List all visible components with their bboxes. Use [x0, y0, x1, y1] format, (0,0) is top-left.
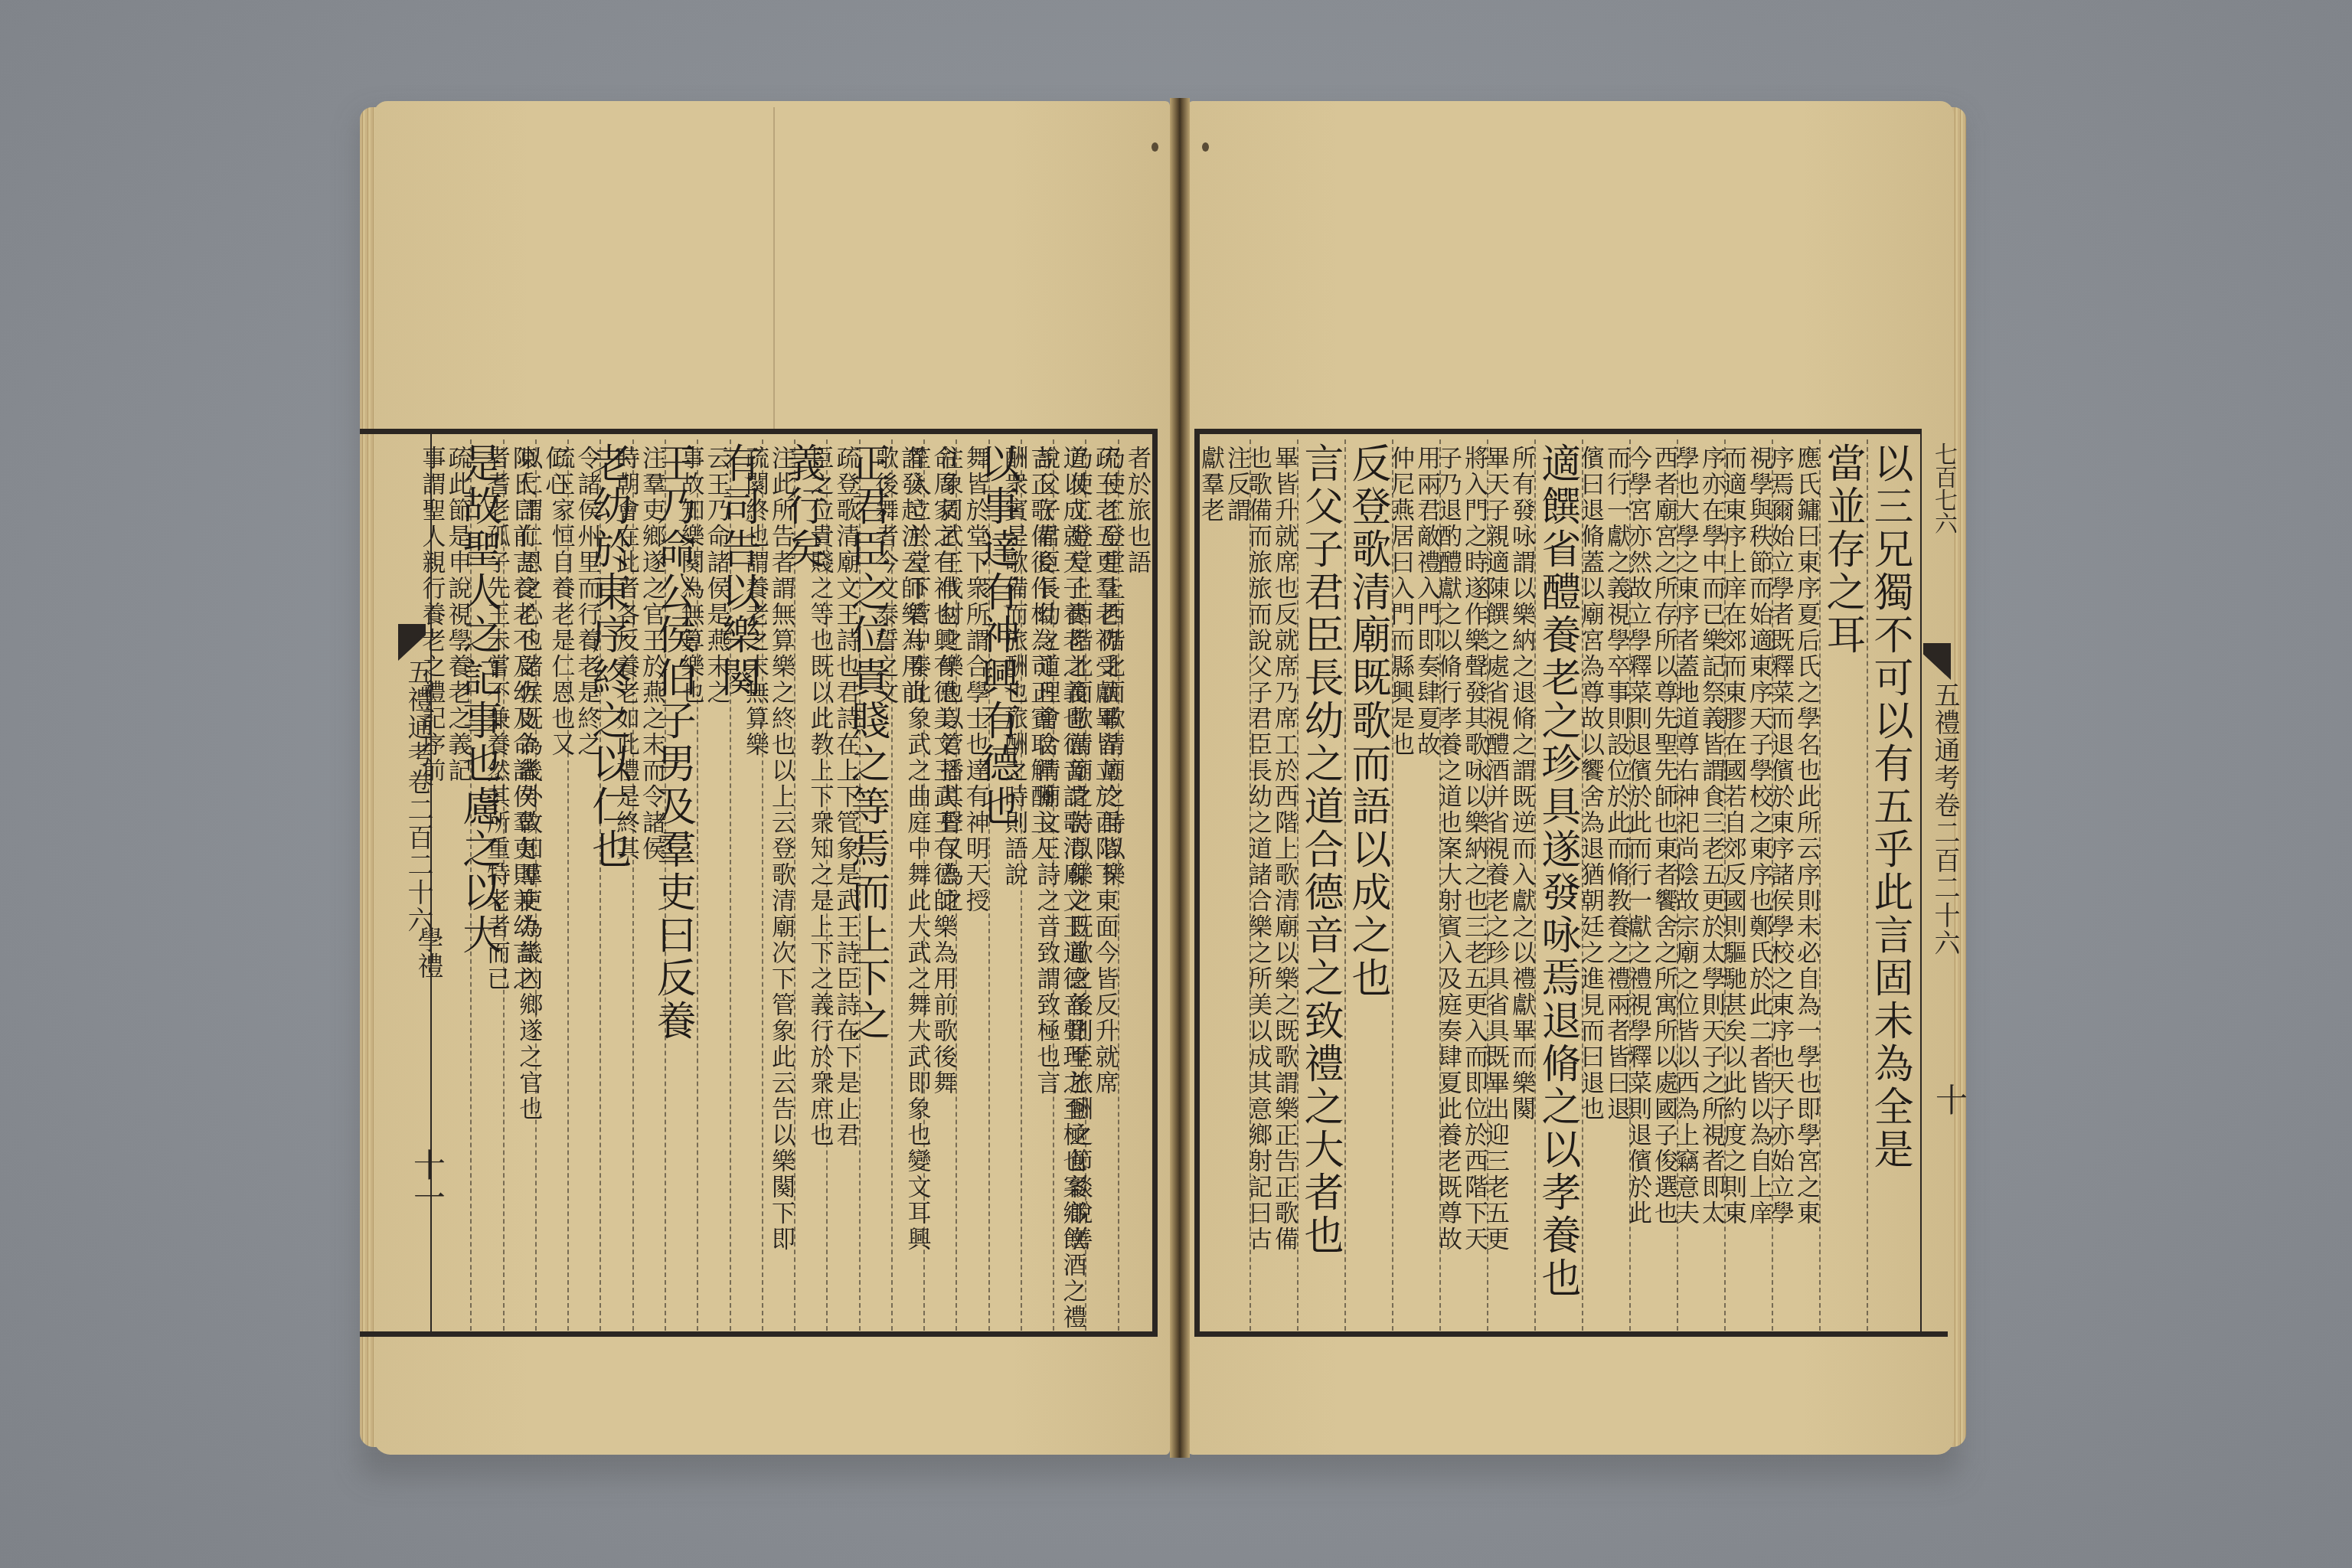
- commentary-text: 子乃退酌醴獻之以脩行孝養之道也案大射賓入及庭奏肆夏此養老既尊故: [1435, 439, 1461, 1253]
- text-column: 注反謂獻羣老: [1202, 439, 1249, 1331]
- commentary-text: 以仁謂仁恩之心也諸侯既為畿外故知羣吏為畿內鄉遂之官也: [515, 439, 541, 1122]
- text-column: 視學與秩節而始適東序天子學校之東序也鄭氏於此二者皆以為自上庠而適東序上庠在郊而東…: [1724, 439, 1772, 1331]
- fold-column-title: 五禮通考卷二百二十六: [1926, 681, 1964, 957]
- main-text: 以三兄獨不可以有五乎此言固未為全是: [1865, 439, 1914, 1171]
- commentary-text: 疏闋終也謂養老之末無算樂: [742, 439, 768, 1253]
- paper-crease: [773, 107, 775, 429]
- text-column: 所有發咏謂以樂納之退脩之謂既逆而入獻之以禮獻畢而樂闋畢天子親適陳饌之處省視醴酒并…: [1487, 439, 1534, 1331]
- commentary-text: 畢皆升就席也反就席乃席工於西階上歌清廟以樂之既歌謂樂正告正歌備: [1271, 439, 1297, 1253]
- commentary-text: 也歌備而旅旅而說父子君臣長幼之道諸合樂之所美以成其意鄉射記曰古: [1245, 439, 1271, 1253]
- commentary-text: 疏王家恒自養老是仁恩也又: [547, 439, 573, 758]
- main-text: 反登歌清廟既歌而語以成之也: [1343, 439, 1392, 1000]
- commentary-text: 臣之位貴賤之等也既以此教上下衆知之是上下之義行於衆庶也: [807, 439, 833, 1148]
- commentary-text: 所有發咏謂以樂納之退脩之謂既逆而入獻之以禮獻畢而樂闋: [1508, 439, 1534, 1253]
- commentary-text: 仲尼燕居曰入門而縣興是也: [1387, 439, 1413, 758]
- commentary-text: 笙入立於堂下管中奏此象武之曲庭中舞此大武之舞大武即象也變文耳興: [903, 439, 929, 1253]
- top-marker: 七百七六: [1926, 443, 1960, 534]
- commentary-text: 學也大學之東序者蓋地道尊右神祀尚陰故宗廟之位皆以西為上竊意夫: [1672, 439, 1698, 1227]
- stitch-hole: [1151, 142, 1158, 152]
- text-column: 以三兄獨不可以有五乎此言固未為全是: [1867, 439, 1914, 1331]
- text-column: 適饌省醴養老之珍具遂發咏焉退脩之以孝養也: [1534, 439, 1582, 1331]
- text-column: 者於旅也語乃使工登堂上西階北面歌清廟之詩以樂: [1118, 439, 1150, 1331]
- commentary-text: 者耆老孤子先王未嘗不兼養然其所重特老者而已: [483, 439, 509, 992]
- commentary-text: 獻羣老: [1197, 439, 1223, 524]
- commentary-text: 今學宮亦然故立學釋菜則退儐於此而行一獻之禮視學釋菜則退儐於此: [1625, 439, 1651, 1227]
- commentary-text: 歌後舞者今文泰誓之文: [871, 439, 897, 706]
- text-column: 反登歌清廟既歌而語以成之也: [1344, 439, 1392, 1331]
- text-column: 用兩君敵禮入門即奏肆夏故仲尼燕居曰入門而縣興是也: [1392, 439, 1439, 1331]
- main-text: 言父子君臣長幼之道合德音之致禮之大者也: [1295, 439, 1344, 1257]
- text-column: 序亦在學中而已樂記祭義皆謂食三老五更於太學則天子之所視者即太學也大學之東序者蓋地…: [1677, 439, 1724, 1331]
- commentary-text: 應氏鏞曰東序夏后氏之學名也此所云序則未必自為一學也即學宮之東: [1793, 439, 1819, 1227]
- main-text: 當並存之耳: [1818, 439, 1867, 657]
- fold-column-rule: [1920, 433, 1922, 1332]
- commentary-text: 儐曰退脩蓋以廟宮為尊故以饗舍為退猶朝廷之進見而曰退也: [1577, 439, 1603, 1122]
- text-column: 注此所告者謂無算樂之終也以上云登歌清廟次下管象此云告以樂闋下即疏闋終也謂養老之末…: [762, 439, 794, 1331]
- left-page-text-columns: 者於旅也語乃使工登堂上西階北面歌清廟之詩以樂疏三老五更羣老初受獻畢皆立於西階下東…: [438, 439, 1150, 1331]
- commentary-text: 事故知樂闋為無算樂也: [678, 439, 704, 706]
- commentary-text: 畢天子親適陳饌之處省視醴酒并省視養老之珍具省具既畢出迎三老五更: [1482, 439, 1508, 1253]
- commentary-text: 酬衆賓是歌備而旅酬也旅酬之時則語說: [1001, 439, 1027, 888]
- commentary-text: 說父子君臣長幼之道理會合清廟文王詩之音致謂致極也言: [1033, 439, 1059, 1331]
- right-page-number: 十: [1926, 1083, 1972, 1116]
- text-column: 應氏鏞曰東序夏后氏之學名也此所云序則未必自為一學也即學宮之東序焉爾始立學者既釋菜…: [1772, 439, 1819, 1331]
- text-column: 畢皆升就席也反就席乃席工於西階上歌清廟以樂之既歌謂樂正告正歌備也歌備而旅旅而說父…: [1249, 439, 1297, 1331]
- stitch-hole: [1202, 142, 1209, 152]
- commentary-text: 而適東序上庠在郊而東膠在國若自郊反國則驅馳甚矣以此約度之則東: [1720, 439, 1746, 1227]
- book-spine-gutter: [1170, 98, 1190, 1458]
- text-column: 西者廟宮之所存所以尊先聖先師也東者饗舍之所寓所以處國子俊選也今學宮亦然故立學釋菜…: [1629, 439, 1677, 1331]
- text-column: 而行一獻之義視學卒事則設位於此而脩教養之禮兩者皆曰退儐曰退脩蓋以廟宮為尊故以饗舍…: [1582, 439, 1629, 1331]
- commentary-text: 序焉爾始立學者既釋菜而退儐於東序諸侯學校之東序也天子亦始立學: [1767, 439, 1793, 1227]
- text-column: 言父子君臣長幼之道合德音之致禮之大者也: [1297, 439, 1344, 1331]
- commentary-text: 事謂聖人親行養老之禮記序前: [418, 439, 444, 784]
- commentary-text: 乃使工登堂上西階北面歌清廟之詩以樂之既歌之後則至旅酬之節談說善: [1066, 439, 1092, 1253]
- text-column: 當並存之耳: [1819, 439, 1867, 1331]
- commentary-text: 乃使工登堂上西階北面歌清廟之詩以樂: [1098, 439, 1124, 888]
- commentary-text: 注象周武王伐紂之樂也以管播其聲又為之: [936, 439, 962, 914]
- commentary-text: 者於旅也語: [1124, 439, 1150, 888]
- right-page-text-columns: 以三兄獨不可以有五乎此言固未為全是當並存之耳應氏鏞曰東序夏后氏之學名也此所云序則…: [1202, 439, 1914, 1331]
- commentary-text: 時朝會在此者各反養老如此禮是終其: [612, 439, 639, 862]
- main-text: 適饌省醴養老之珍具遂發咏焉退脩之以孝養也: [1533, 439, 1582, 1300]
- text-column: 將入門之時遂作樂聲發其歌咏以樂納之也三老五更入而即位於西階下天子乃退酌醴獻之以脩…: [1439, 439, 1487, 1331]
